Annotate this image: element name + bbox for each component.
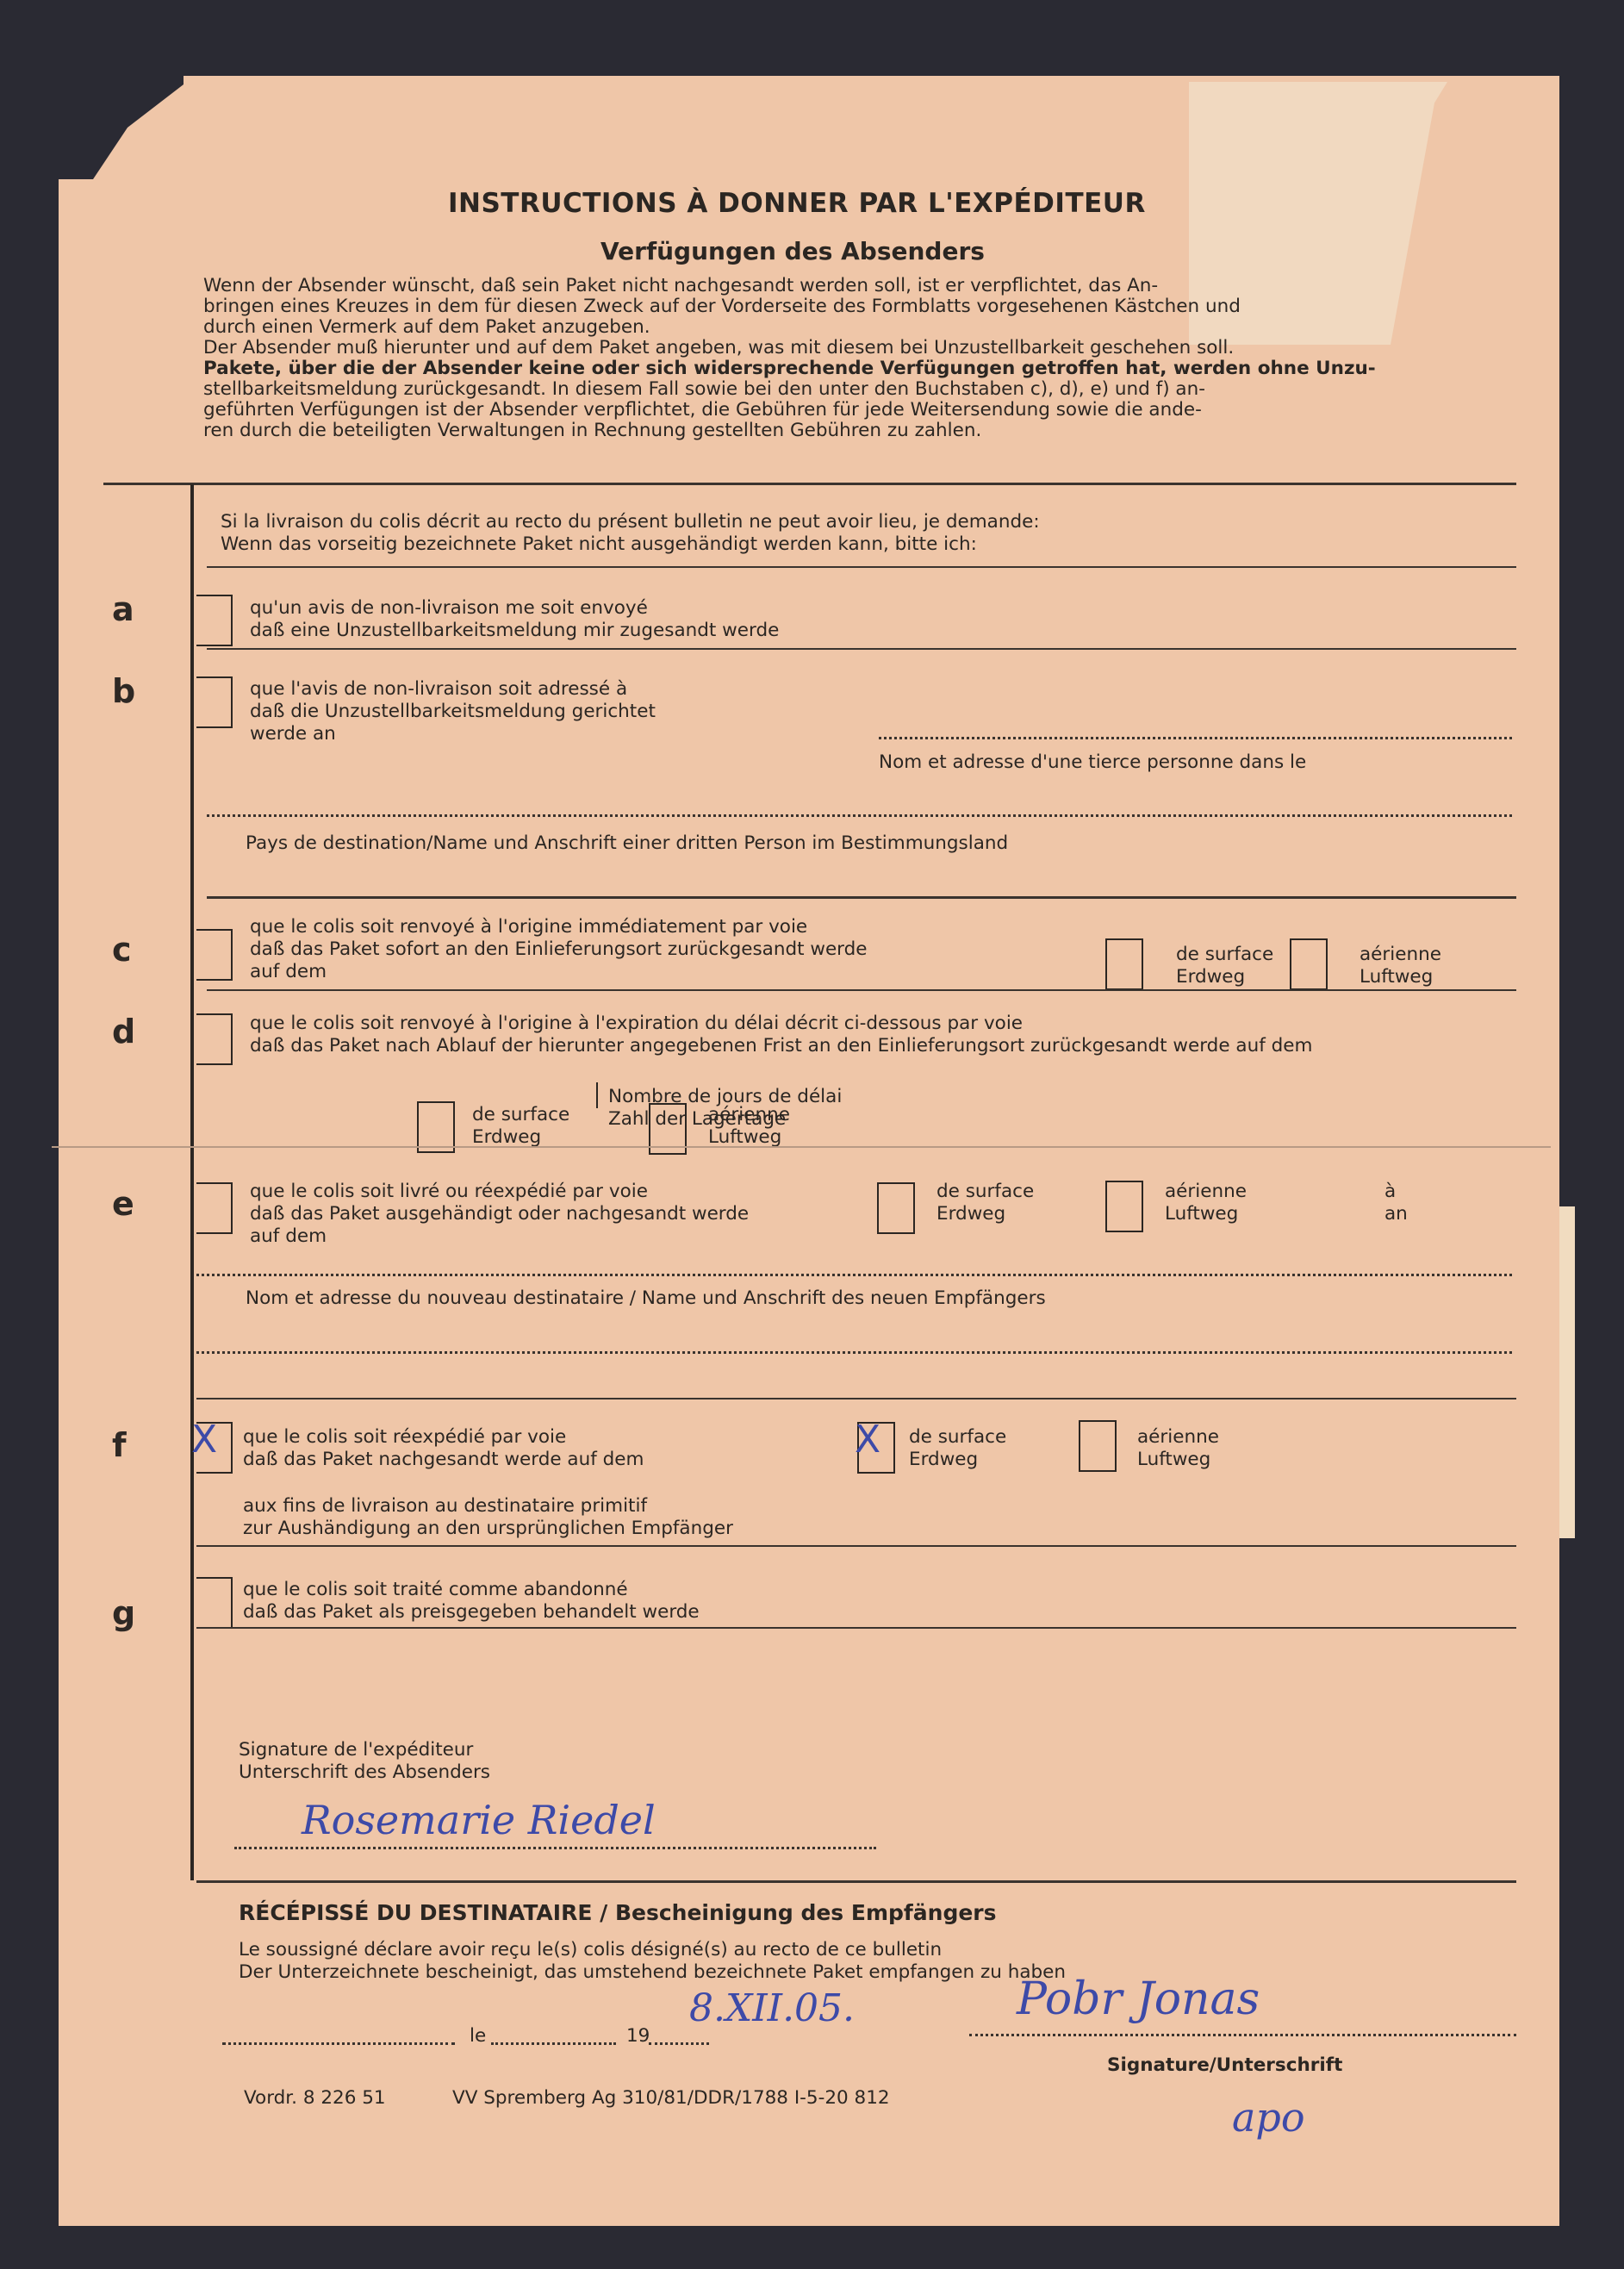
c-air-de: Luftweg — [1360, 966, 1433, 988]
option-letter-a: a — [112, 590, 134, 628]
e-air-de: Luftweg — [1165, 1203, 1238, 1225]
e-surface-de: Erdweg — [936, 1203, 1005, 1225]
f-air-de: Luftweg — [1137, 1449, 1210, 1471]
receipt-title-fr: RÉCÉPISSÉ DU DESTINATAIRE — [239, 1900, 592, 1925]
divider — [196, 1398, 1516, 1399]
intro-line: Pakete, über die der Absender keine oder… — [203, 358, 1487, 379]
divider — [196, 1880, 1516, 1883]
divider — [196, 1627, 1516, 1629]
receipt-title: RÉCÉPISSÉ DU DESTINATAIRE / Bescheinigun… — [239, 1900, 997, 1925]
option-e-de2: auf dem — [250, 1225, 327, 1248]
e-to-fr: à — [1384, 1181, 1396, 1203]
new-recipient-address-field[interactable] — [196, 1351, 1512, 1356]
divider — [207, 648, 1516, 650]
option-letter-f: f — [112, 1426, 127, 1464]
checkbox-d[interactable] — [196, 1013, 233, 1065]
receipt-line-fr: Le soussigné déclare avoir reçu le(s) co… — [239, 1939, 942, 1961]
receipt-signature-label: Signature/Unterschrift — [1107, 2054, 1342, 2077]
intro-paragraph: Wenn der Absender wünscht, daß sein Pake… — [203, 276, 1487, 441]
third-party-de-label: Pays de destination/Name und Anschrift e… — [246, 832, 1008, 855]
option-g-de: daß das Paket als preisgegeben behandelt… — [243, 1601, 700, 1624]
option-a-fr: qu'un avis de non-livraison me soit envo… — [250, 597, 648, 620]
request-de: Wenn das vorseitig bezeichnete Paket nic… — [221, 533, 977, 556]
option-letter-g: g — [112, 1594, 135, 1632]
form-title: INSTRUCTIONS À DONNER PAR L'EXPÉDITEUR — [448, 188, 1146, 219]
intro-line: ren durch die beteiligten Verwaltungen i… — [203, 421, 1487, 441]
option-d-fr: que le colis soit renvoyé à l'origine à … — [250, 1013, 1023, 1035]
intro-line: Wenn der Absender wünscht, daß sein Pake… — [203, 276, 1487, 296]
checkbox-e[interactable] — [196, 1182, 233, 1234]
fold-crease — [52, 1146, 1551, 1148]
form-number: Vordr. 8 226 51 — [244, 2087, 386, 2110]
checkbox-f-air[interactable] — [1079, 1420, 1117, 1472]
c-surface-de: Erdweg — [1176, 966, 1245, 988]
option-letter-d: d — [112, 1013, 135, 1050]
f-surface-fr: de surface — [909, 1426, 1006, 1449]
divider — [207, 566, 1516, 568]
request-fr: Si la livraison du colis décrit au recto… — [221, 511, 1040, 533]
checkbox-c[interactable] — [196, 929, 233, 981]
left-rule — [190, 484, 194, 1880]
f-purpose-fr: aux fins de livraison au destinataire pr… — [243, 1495, 647, 1518]
sender-signature-value: Rosemarie Riedel — [302, 1797, 656, 1843]
checkbox-d-surface[interactable] — [417, 1101, 455, 1153]
receipt-place-field[interactable] — [222, 2042, 455, 2048]
checkbox-g[interactable] — [196, 1577, 233, 1629]
intro-line: Der Absender muß hierunter und auf dem P… — [203, 338, 1487, 358]
c-surface-fr: de surface — [1176, 944, 1273, 966]
option-g-fr: que le colis soit traité comme abandonné — [243, 1579, 628, 1601]
pen-check-mark-f: X — [191, 1418, 217, 1462]
checkbox-e-air[interactable] — [1105, 1181, 1143, 1232]
e-air-fr: aérienne — [1165, 1181, 1247, 1203]
option-b-de2: werde an — [250, 723, 336, 745]
pen-check-mark-f-surface: X — [855, 1418, 880, 1462]
days-fr-label: Nombre de jours de délai — [608, 1086, 842, 1108]
checkbox-c-surface[interactable] — [1105, 938, 1143, 990]
option-f-fr: que le colis soit réexpédié par voie — [243, 1426, 566, 1449]
option-b-de: daß die Unzustellbarkeitsmeldung gericht… — [250, 701, 656, 723]
e-surface-fr: de surface — [936, 1181, 1034, 1203]
intro-line: bringen eines Kreuzes in dem für diesen … — [203, 296, 1487, 317]
sender-signature-fr-label: Signature de l'expéditeur — [239, 1739, 473, 1761]
divider — [103, 483, 1516, 485]
receipt-date-value: 8.XII.05. — [689, 1986, 855, 2030]
f-surface-de: Erdweg — [909, 1449, 978, 1471]
option-d-de: daß das Paket nach Ablauf der hierunter … — [250, 1035, 1312, 1057]
new-recipient-field[interactable] — [196, 1274, 1512, 1279]
days-de-label: Zahl der Lagertage — [608, 1108, 786, 1131]
checkbox-a[interactable] — [196, 595, 233, 646]
divider — [207, 989, 1516, 991]
intro-line: durch einen Vermerk auf dem Paket anzuge… — [203, 317, 1487, 338]
divider — [196, 1545, 1516, 1547]
checkbox-b[interactable] — [196, 676, 233, 728]
receipt-signature-field[interactable] — [969, 2034, 1516, 2039]
days-field-marker — [596, 1082, 598, 1108]
new-recipient-label: Nom et adresse du nouveau destinataire /… — [246, 1287, 1046, 1310]
receipt-le-label: le — [470, 2025, 486, 2048]
option-c-fr: que le colis soit renvoyé à l'origine im… — [250, 916, 807, 938]
receipt-title-de: / Bescheinigung des Empfängers — [592, 1900, 996, 1925]
option-e-fr: que le colis soit livré ou réexpédié par… — [250, 1181, 648, 1203]
option-f-de: daß das Paket nachgesandt werde auf dem — [243, 1449, 644, 1471]
option-e-de: daß das Paket ausgehändigt oder nachgesa… — [250, 1203, 749, 1225]
receipt-signature-extra: apo — [1232, 2094, 1305, 2141]
option-letter-b: b — [112, 672, 135, 710]
third-party-fr-label: Nom et adresse d'une tierce personne dan… — [879, 751, 1306, 774]
third-party-name-field[interactable] — [879, 737, 1512, 742]
checkbox-c-air[interactable] — [1290, 938, 1328, 990]
f-air-fr: aérienne — [1137, 1426, 1219, 1449]
torn-edge-strip — [1559, 1206, 1575, 1538]
receipt-date-field[interactable] — [491, 2042, 616, 2048]
intro-line: stellbarkeitsmeldung zurückgesandt. In d… — [203, 379, 1487, 400]
sender-signature-de-label: Unterschrift des Absenders — [239, 1761, 490, 1784]
option-letter-c: c — [112, 931, 132, 969]
sender-signature-field[interactable] — [234, 1847, 876, 1852]
form-subtitle: Verfügungen des Absenders — [600, 237, 985, 265]
option-a-de: daß eine Unzustellbarkeitsmeldung mir zu… — [250, 620, 779, 642]
option-c-de: daß das Paket sofort an den Einlieferung… — [250, 938, 868, 961]
third-party-address-field[interactable] — [207, 814, 1512, 820]
intro-line: geführten Verfügungen ist der Absender v… — [203, 400, 1487, 421]
e-to-de: an — [1384, 1203, 1408, 1225]
f-purpose-de: zur Aushändigung an den ursprünglichen E… — [243, 1518, 733, 1540]
option-b-fr: que l'avis de non-livraison soit adressé… — [250, 678, 627, 701]
receipt-year-prefix: 19 — [626, 2025, 650, 2048]
option-letter-e: e — [112, 1185, 134, 1223]
receipt-line-de: Der Unterzeichnete bescheinigt, das umst… — [239, 1961, 1066, 1984]
d-surface-fr: de surface — [472, 1104, 569, 1126]
divider — [207, 896, 1516, 899]
receipt-signature-value: Pobr Jonas — [1017, 1973, 1260, 2025]
receipt-year-field[interactable] — [649, 2042, 709, 2048]
option-c-de2: auf dem — [250, 961, 327, 983]
c-air-fr: aérienne — [1360, 944, 1441, 966]
checkbox-e-surface[interactable] — [877, 1182, 915, 1234]
printer-info: VV Spremberg Ag 310/81/DDR/1788 I-5-20 8… — [452, 2087, 890, 2110]
